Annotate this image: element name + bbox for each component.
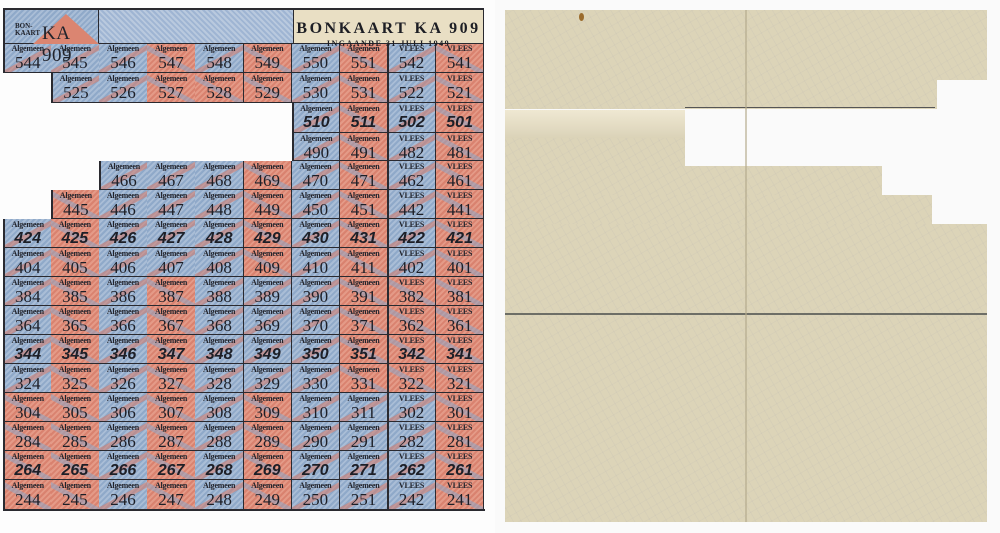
coupon-number: 541: [436, 54, 484, 71]
coupon-number: 531: [340, 84, 388, 101]
coupon-label: VLEES: [388, 336, 436, 346]
coupon-number: 382: [388, 288, 436, 305]
coupon-number: 304: [5, 404, 51, 421]
coupon-271: Algemeen271: [340, 451, 389, 480]
coupon-461: VLEES461: [436, 161, 485, 190]
coupon-number: 249: [244, 491, 292, 508]
coupon-number: 306: [99, 404, 147, 421]
coupon-511: Algemeen511: [340, 103, 389, 133]
coupon-482: VLEES482: [388, 133, 437, 161]
coupon-label: VLEES: [388, 220, 436, 230]
coupon-number: 371: [340, 317, 388, 334]
coupon-number: 549: [244, 54, 292, 71]
coupon-490: Algemeen490: [292, 133, 341, 161]
card-title: BONKAART KA 909: [294, 20, 483, 38]
coupon-number: 349: [244, 346, 292, 363]
card-bottom-edge: [3, 509, 485, 511]
coupon-269: Algemeen269: [244, 451, 293, 480]
coupon-number: 528: [195, 84, 243, 101]
coupon-371: Algemeen371: [340, 306, 389, 335]
coupon-number: 365: [51, 317, 99, 334]
coupon-number: 282: [388, 433, 436, 450]
coupon-number: 262: [388, 462, 436, 479]
coupon-421: VLEES421: [436, 219, 485, 248]
coupon-470: Algemeen470: [292, 161, 341, 190]
folded-tab: [505, 110, 685, 140]
coupon-label: Algemeen: [99, 452, 147, 462]
coupon-number: 287: [147, 433, 195, 450]
coupon-527: Algemeen527: [147, 73, 196, 103]
coupon-label: Algemeen: [244, 336, 292, 346]
coupon-label: VLEES: [436, 104, 484, 114]
coupon-447: Algemeen447: [147, 190, 196, 219]
coupon-547: Algemeen547: [147, 43, 196, 73]
coupon-388: Algemeen388: [195, 277, 244, 306]
coupon-label: Algemeen: [294, 104, 340, 114]
coupon-number: 430: [292, 230, 340, 247]
coupon-285: Algemeen285: [51, 422, 100, 451]
coupon-387: Algemeen387: [147, 277, 196, 306]
coupon-number: 288: [195, 433, 243, 450]
coupon-241: VLEES241: [436, 480, 485, 510]
coupon-number: 522: [388, 84, 436, 101]
coupon-label: Algemeen: [244, 452, 292, 462]
card-code: KA 909: [42, 23, 98, 67]
coupon-304: Algemeen304: [3, 393, 52, 422]
coupon-number: 386: [99, 288, 147, 305]
coupon-label: Algemeen: [292, 336, 340, 346]
coupon-328: Algemeen328: [195, 364, 244, 393]
coupon-344: Algemeen344: [3, 335, 52, 364]
coupon-number: 529: [244, 84, 292, 101]
coupon-401: VLEES401: [436, 248, 485, 277]
coupon-number: 347: [147, 346, 195, 363]
coupon-number: 427: [147, 230, 195, 247]
coupon-number: 305: [51, 404, 99, 421]
coupon-number: 248: [195, 491, 243, 508]
coupon-466: Algemeen466: [99, 161, 148, 190]
coupon-364: Algemeen364: [3, 306, 52, 335]
coupon-number: 348: [195, 346, 243, 363]
coupon-530: Algemeen530: [292, 73, 341, 103]
coupon-382: VLEES382: [388, 277, 437, 306]
cut-edge: [685, 107, 935, 108]
coupon-number: 246: [99, 491, 147, 508]
coupon-410: Algemeen410: [292, 248, 341, 277]
coupon-370: Algemeen370: [292, 306, 341, 335]
coupon-350: Algemeen350: [292, 335, 341, 364]
coupon-448: Algemeen448: [195, 190, 244, 219]
coupon-369: Algemeen369: [244, 306, 293, 335]
coupon-365: Algemeen365: [51, 306, 100, 335]
coupon-481: VLEES481: [436, 133, 485, 161]
coupon-number: 301: [436, 404, 484, 421]
coupon-number: 388: [195, 288, 243, 305]
coupon-number: 328: [195, 375, 243, 392]
coupon-number: 385: [51, 288, 99, 305]
coupon-327: Algemeen327: [147, 364, 196, 393]
coupon-number: 265: [51, 462, 99, 479]
coupon-number: 384: [5, 288, 51, 305]
coupon-number: 321: [436, 375, 484, 392]
coupon-number: 462: [388, 172, 436, 189]
coupon-number: 491: [340, 144, 388, 161]
coupon-502: VLEES502: [388, 103, 437, 133]
coupon-number: 245: [51, 491, 99, 508]
coupon-number: 368: [195, 317, 243, 334]
coupon-427: Algemeen427: [147, 219, 196, 248]
coupon-311: Algemeen311: [340, 393, 389, 422]
coupon-label: Algemeen: [51, 336, 99, 346]
coupon-number: 251: [340, 491, 388, 508]
coupon-number: 441: [436, 201, 484, 218]
coupon-label: Algemeen: [51, 452, 99, 462]
coupon-number: 344: [5, 346, 51, 363]
coupon-531: Algemeen531: [340, 73, 389, 103]
coupon-245: Algemeen245: [51, 480, 100, 510]
coupon-322: VLEES322: [388, 364, 437, 393]
coupon-number: 428: [195, 230, 243, 247]
coupon-number: 550: [292, 54, 340, 71]
coupon-label: VLEES: [388, 452, 436, 462]
coupon-362: VLEES362: [388, 306, 437, 335]
coupon-262: VLEES262: [388, 451, 437, 480]
coupon-number: 364: [5, 317, 51, 334]
coupon-label: Algemeen: [244, 220, 292, 230]
coupon-510: Algemeen510: [292, 103, 341, 133]
coupon-number: 285: [51, 433, 99, 450]
coupon-number: 468: [195, 172, 243, 189]
card-id-box: BON-KAART KA 909: [3, 8, 99, 44]
coupon-label: Algemeen: [195, 220, 243, 230]
coupon-label: Algemeen: [147, 220, 195, 230]
coupon-label: Algemeen: [99, 336, 147, 346]
coupon-number: 381: [436, 288, 484, 305]
coupon-number: 551: [340, 54, 388, 71]
coupon-501: VLEES501: [436, 103, 485, 133]
coupon-308: Algemeen308: [195, 393, 244, 422]
coupon-386: Algemeen386: [99, 277, 148, 306]
coupon-number: 471: [340, 172, 388, 189]
coupon-number: 326: [99, 375, 147, 392]
coupon-number: 369: [244, 317, 292, 334]
coupon-number: 461: [436, 172, 484, 189]
coupon-326: Algemeen326: [99, 364, 148, 393]
coupon-number: 242: [388, 491, 436, 508]
coupon-467: Algemeen467: [147, 161, 196, 190]
coupon-number: 446: [99, 201, 147, 218]
coupon-525: Algemeen525: [51, 73, 100, 103]
coupon-491: Algemeen491: [340, 133, 389, 161]
coupon-441: VLEES441: [436, 190, 485, 219]
coupon-label: Algemeen: [99, 220, 147, 230]
coupon-label: VLEES: [436, 452, 484, 462]
coupon-407: Algemeen407: [147, 248, 196, 277]
coupon-label: Algemeen: [340, 452, 388, 462]
coupon-label: Algemeen: [5, 220, 51, 230]
coupon-321: VLEES321: [436, 364, 485, 393]
coupon-label: Algemeen: [340, 336, 388, 346]
coupon-number: 290: [292, 433, 340, 450]
coupon-number: 311: [340, 404, 388, 421]
coupon-449: Algemeen449: [244, 190, 293, 219]
coupon-330: Algemeen330: [292, 364, 341, 393]
coupon-367: Algemeen367: [147, 306, 196, 335]
coupon-label: Algemeen: [340, 104, 388, 114]
coupon-310: Algemeen310: [292, 393, 341, 422]
coupon-number: 241: [436, 491, 484, 508]
coupon-430: Algemeen430: [292, 219, 341, 248]
coupon-242: VLEES242: [388, 480, 437, 510]
coupon-label: VLEES: [436, 336, 484, 346]
coupon-number: 445: [53, 201, 99, 218]
coupon-446: Algemeen446: [99, 190, 148, 219]
coupon-label: Algemeen: [5, 452, 51, 462]
coupon-270: Algemeen270: [292, 451, 341, 480]
coupon-348: Algemeen348: [195, 335, 244, 364]
coupon-number: 367: [147, 317, 195, 334]
coupon-521: VLEES521: [436, 73, 485, 103]
coupon-247: Algemeen247: [147, 480, 196, 510]
coupon-number: 271: [340, 462, 388, 479]
coupon-number: 350: [292, 346, 340, 363]
coupon-number: 269: [244, 462, 292, 479]
coupon-307: Algemeen307: [147, 393, 196, 422]
coupon-label: Algemeen: [292, 452, 340, 462]
coupon-549: Algemeen549: [244, 43, 293, 73]
coupon-425: Algemeen425: [51, 219, 100, 248]
vertical-fold: [745, 10, 747, 522]
coupon-number: 370: [292, 317, 340, 334]
coupon-267: Algemeen267: [147, 451, 196, 480]
coupon-445: Algemeen445: [51, 190, 100, 219]
stain-spot: [579, 13, 584, 21]
paper-strip-top-lower: [505, 78, 937, 109]
coupon-409: Algemeen409: [244, 248, 293, 277]
coupon-451: Algemeen451: [340, 190, 389, 219]
coupon-number: 548: [195, 54, 243, 71]
coupon-number: 327: [147, 375, 195, 392]
coupon-number: 530: [292, 84, 340, 101]
coupon-305: Algemeen305: [51, 393, 100, 422]
coupon-301: VLEES301: [436, 393, 485, 422]
coupon-number: 268: [195, 462, 243, 479]
coupon-number: 447: [147, 201, 195, 218]
coupon-number: 261: [436, 462, 484, 479]
coupon-number: 250: [292, 491, 340, 508]
vlees-column-divider: [387, 43, 389, 511]
coupon-number: 407: [147, 259, 195, 276]
coupon-number: 404: [5, 259, 51, 276]
coupon-261: VLEES261: [436, 451, 485, 480]
coupon-number: 387: [147, 288, 195, 305]
coupon-405: Algemeen405: [51, 248, 100, 277]
coupon-number: 389: [244, 288, 292, 305]
coupon-number: 425: [51, 230, 99, 247]
coupon-number: 390: [292, 288, 340, 305]
coupon-number: 247: [147, 491, 195, 508]
coupon-number: 310: [292, 404, 340, 421]
coupon-label: VLEES: [388, 104, 436, 114]
coupon-number: 346: [99, 346, 147, 363]
coupon-384: Algemeen384: [3, 277, 52, 306]
coupon-number: 341: [436, 346, 484, 363]
coupon-number: 466: [101, 172, 147, 189]
coupon-286: Algemeen286: [99, 422, 148, 451]
coupon-number: 284: [5, 433, 51, 450]
coupon-number: 424: [5, 230, 51, 247]
coupon-number: 448: [195, 201, 243, 218]
coupon-label: Algemeen: [292, 220, 340, 230]
coupon-404: Algemeen404: [3, 248, 52, 277]
coupon-244: Algemeen244: [3, 480, 52, 510]
coupon-329: Algemeen329: [244, 364, 293, 393]
coupon-431: Algemeen431: [340, 219, 389, 248]
coupon-number: 329: [244, 375, 292, 392]
coupon-number: 286: [99, 433, 147, 450]
coupon-548: Algemeen548: [195, 43, 244, 73]
coupon-282: VLEES282: [388, 422, 437, 451]
card-label-small: BON-KAART: [15, 23, 40, 37]
coupon-number: 309: [244, 404, 292, 421]
coupon-number: 267: [147, 462, 195, 479]
coupon-341: VLEES341: [436, 335, 485, 364]
coupon-number: 406: [99, 259, 147, 276]
coupon-385: Algemeen385: [51, 277, 100, 306]
coupon-number: 482: [388, 144, 436, 161]
paper-left-column: [505, 138, 685, 168]
coupon-290: Algemeen290: [292, 422, 341, 451]
coupon-label: Algemeen: [195, 336, 243, 346]
coupon-248: Algemeen248: [195, 480, 244, 510]
coupon-number: 322: [388, 375, 436, 392]
coupon-number: 308: [195, 404, 243, 421]
coupon-number: 511: [340, 114, 388, 131]
coupon-number: 547: [147, 54, 195, 71]
coupon-label: Algemeen: [5, 336, 51, 346]
coupon-number: 429: [244, 230, 292, 247]
coupon-302: VLEES302: [388, 393, 437, 422]
coupon-390: Algemeen390: [292, 277, 341, 306]
coupon-471: Algemeen471: [340, 161, 389, 190]
coupon-346: Algemeen346: [99, 335, 148, 364]
coupon-number: 362: [388, 317, 436, 334]
coupon-label: Algemeen: [147, 452, 195, 462]
coupon-number: 546: [99, 54, 147, 71]
coupon-450: Algemeen450: [292, 190, 341, 219]
coupon-number: 408: [195, 259, 243, 276]
coupon-number: 469: [244, 172, 292, 189]
coupon-391: Algemeen391: [340, 277, 389, 306]
coupon-347: Algemeen347: [147, 335, 196, 364]
coupon-number: 426: [99, 230, 147, 247]
coupon-462: VLEES462: [388, 161, 437, 190]
coupon-342: VLEES342: [388, 335, 437, 364]
coupon-529: Algemeen529: [244, 73, 293, 103]
coupon-number: 281: [436, 433, 484, 450]
coupon-426: Algemeen426: [99, 219, 148, 248]
header-pattern-block: [99, 8, 294, 44]
coupon-number: 289: [244, 433, 292, 450]
coupon-number: 391: [340, 288, 388, 305]
coupon-number: 422: [388, 230, 436, 247]
coupon-label: Algemeen: [340, 220, 388, 230]
coupon-366: Algemeen366: [99, 306, 148, 335]
coupon-number: 421: [436, 230, 484, 247]
coupon-number: 470: [292, 172, 340, 189]
coupon-361: VLEES361: [436, 306, 485, 335]
coupon-546: Algemeen546: [99, 43, 148, 73]
coupon-label: Algemeen: [195, 452, 243, 462]
coupon-411: Algemeen411: [340, 248, 389, 277]
coupon-291: Algemeen291: [340, 422, 389, 451]
coupon-331: Algemeen331: [340, 364, 389, 393]
ration-card-front: Algemeen544Algemeen545Algemeen546Algemee…: [0, 0, 495, 533]
coupon-number: 542: [388, 54, 436, 71]
coupon-422: VLEES422: [388, 219, 437, 248]
coupon-number: 307: [147, 404, 195, 421]
coupon-406: Algemeen406: [99, 248, 148, 277]
coupon-265: Algemeen265: [51, 451, 100, 480]
coupon-number: 431: [340, 230, 388, 247]
coupon-number: 521: [436, 84, 484, 101]
coupon-351: Algemeen351: [340, 335, 389, 364]
coupon-number: 411: [340, 259, 388, 276]
coupon-number: 302: [388, 404, 436, 421]
coupon-424: Algemeen424: [3, 219, 52, 248]
coupon-289: Algemeen289: [244, 422, 293, 451]
coupon-250: Algemeen250: [292, 480, 341, 510]
coupon-402: VLEES402: [388, 248, 437, 277]
coupon-246: Algemeen246: [99, 480, 148, 510]
coupon-281: VLEES281: [436, 422, 485, 451]
coupon-266: Algemeen266: [99, 451, 148, 480]
coupon-429: Algemeen429: [244, 219, 293, 248]
coupon-number: 451: [340, 201, 388, 218]
coupon-number: 361: [436, 317, 484, 334]
coupon-number: 501: [436, 114, 484, 131]
coupon-264: Algemeen264: [3, 451, 52, 480]
coupon-469: Algemeen469: [244, 161, 293, 190]
coupon-number: 325: [51, 375, 99, 392]
paper-body-2: [505, 195, 932, 225]
coupon-number: 450: [292, 201, 340, 218]
coupon-number: 467: [147, 172, 195, 189]
coupon-number: 502: [388, 114, 436, 131]
coupon-345: Algemeen345: [51, 335, 100, 364]
coupon-287: Algemeen287: [147, 422, 196, 451]
coupon-number: 351: [340, 346, 388, 363]
coupon-number: 510: [294, 114, 340, 131]
coupon-284: Algemeen284: [3, 422, 52, 451]
coupon-number: 366: [99, 317, 147, 334]
coupon-368: Algemeen368: [195, 306, 244, 335]
coupon-325: Algemeen325: [51, 364, 100, 393]
coupon-381: VLEES381: [436, 277, 485, 306]
coupon-number: 264: [5, 462, 51, 479]
coupon-468: Algemeen468: [195, 161, 244, 190]
coupon-number: 410: [292, 259, 340, 276]
coupon-number: 345: [51, 346, 99, 363]
coupon-number: 244: [5, 491, 51, 508]
coupon-number: 331: [340, 375, 388, 392]
coupon-268: Algemeen268: [195, 451, 244, 480]
coupon-label: VLEES: [436, 220, 484, 230]
ration-card-back: [495, 0, 1000, 533]
coupon-label: Algemeen: [51, 220, 99, 230]
coupon-309: Algemeen309: [244, 393, 293, 422]
coupon-number: 291: [340, 433, 388, 450]
